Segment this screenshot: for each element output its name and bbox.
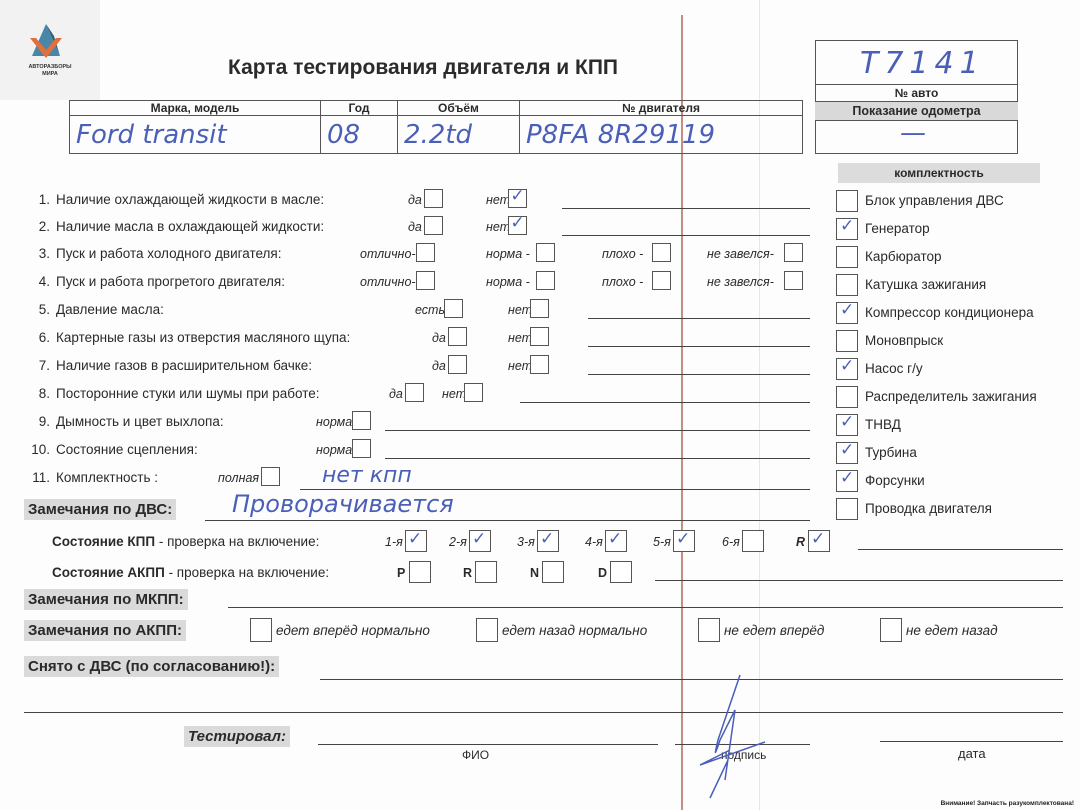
- option-label: да: [432, 359, 446, 373]
- completeness-header: комплектность: [838, 163, 1040, 183]
- completeness-checkbox[interactable]: ✓: [836, 414, 858, 436]
- check-note-line: [588, 318, 810, 319]
- completeness-item: Форсунки: [865, 473, 925, 488]
- gear-label: 2-я: [449, 535, 467, 549]
- option-label: плохо -: [602, 275, 643, 289]
- option-checkbox[interactable]: [530, 355, 549, 374]
- option-checkbox[interactable]: [448, 327, 467, 346]
- removed-line-2: [24, 712, 1063, 713]
- remarks-akpp-label: Замечания по АКПП:: [24, 620, 186, 641]
- page-title: Карта тестирования двигателя и КПП: [228, 56, 618, 80]
- position-label: D: [598, 566, 607, 580]
- gear-label: 5-я: [653, 535, 671, 549]
- remarks-ice-field[interactable]: Проворачивается: [232, 490, 454, 518]
- auto-number-label: № авто: [815, 84, 1018, 100]
- check-label: Наличие газов в расширительном бачке:: [56, 358, 312, 373]
- check-label: Состояние сцепления:: [56, 442, 198, 457]
- option-checkbox[interactable]: [261, 467, 280, 486]
- option-label: нет: [508, 303, 532, 317]
- check-mark-icon: ✓: [540, 529, 554, 549]
- check-note-line: [562, 235, 810, 236]
- option-checkbox[interactable]: [536, 243, 555, 262]
- completeness-item: Турбина: [865, 445, 917, 460]
- gear-checkbox[interactable]: ✓: [673, 530, 695, 552]
- vehicle-info-table: Марка, модель Год Объём № двигателя Ford…: [69, 100, 803, 154]
- check-number: 1.: [30, 192, 50, 207]
- gear-label: 1-я: [385, 535, 403, 549]
- gear-checkbox[interactable]: [742, 530, 764, 552]
- option-label: полная: [218, 471, 259, 485]
- check-label: Пуск и работа холодного двигателя:: [56, 246, 282, 261]
- completeness-item: Распределитель зажигания: [865, 389, 1037, 404]
- manual-gearbox-line: [858, 549, 1063, 550]
- manual-gearbox-label: Состояние КПП - проверка на включение:: [52, 534, 319, 549]
- option-label: норма -: [486, 275, 530, 289]
- option-label: нет: [486, 193, 510, 207]
- logo: АВТОРАЗБОРЫ МИРА: [0, 0, 100, 100]
- check-row: 7.Наличие газов в расширительном бачке:: [30, 358, 312, 373]
- option-checkbox[interactable]: [652, 243, 671, 262]
- signature-scribble[interactable]: [690, 670, 780, 800]
- volume-field[interactable]: 2.2td: [398, 116, 520, 154]
- gear-label: R: [796, 535, 805, 549]
- check-mark-icon: ✓: [840, 216, 854, 236]
- akpp-option-checkbox[interactable]: [880, 618, 902, 642]
- option-label: да: [408, 220, 422, 234]
- akpp-option-checkbox[interactable]: [698, 618, 720, 642]
- akpp-option-label: не едет вперёд: [724, 623, 824, 638]
- akpp-option-label: едет назад нормально: [502, 623, 647, 638]
- check-number: 4.: [30, 274, 50, 289]
- make-model-field[interactable]: Ford transit: [70, 116, 321, 154]
- check-label: Наличие охлаждающей жидкости в масле:: [56, 192, 324, 207]
- check-row: 4.Пуск и работа прогретого двигателя:: [30, 274, 285, 289]
- tested-name-line: [318, 744, 658, 745]
- check-row: 2.Наличие масла в охлаждающей жидкости:: [30, 219, 324, 234]
- completeness-checkbox[interactable]: ✓: [836, 358, 858, 380]
- option-label: не завелся-: [707, 247, 774, 261]
- check-mark-icon: ✓: [840, 412, 854, 432]
- check-mark-icon: ✓: [811, 529, 825, 549]
- check-label: Дымность и цвет выхлопа:: [56, 414, 224, 429]
- completeness-checkbox[interactable]: [836, 274, 858, 296]
- check-row: 6.Картерные газы из отверстия масляного …: [30, 330, 350, 345]
- option-label: да: [408, 193, 422, 207]
- check-number: 2.: [30, 219, 50, 234]
- check-mark-icon: ✓: [840, 300, 854, 320]
- option-label: плохо -: [602, 247, 643, 261]
- gear-checkbox[interactable]: ✓: [605, 530, 627, 552]
- check-mark-icon: ✓: [676, 529, 690, 549]
- remarks-mkpp-label: Замечания по МКПП:: [24, 589, 188, 610]
- tested-name-caption: ФИО: [462, 748, 489, 762]
- check-number: 5.: [30, 302, 50, 317]
- akpp-option-label: не едет назад: [906, 623, 998, 638]
- check-note-line: [520, 402, 810, 403]
- check-row: 9.Дымность и цвет выхлопа:: [30, 414, 224, 429]
- option-checkbox[interactable]: [464, 383, 483, 402]
- akpp-option-checkbox[interactable]: [250, 618, 272, 642]
- auto-gearbox-line: [655, 580, 1063, 581]
- option-label: норма -: [486, 247, 530, 261]
- check-number: 6.: [30, 330, 50, 345]
- logo-subtext: МИРА: [0, 71, 100, 78]
- completeness-checkbox[interactable]: [836, 330, 858, 352]
- option-checkbox[interactable]: [405, 383, 424, 402]
- check-number: 3.: [30, 246, 50, 261]
- option-checkbox[interactable]: [536, 271, 555, 290]
- option-label: нет: [508, 331, 532, 345]
- gear-checkbox[interactable]: ✓: [537, 530, 559, 552]
- check-row: 1.Наличие охлаждающей жидкости в масле:: [30, 192, 324, 207]
- completeness-item: Блок управления ДВС: [865, 193, 1004, 208]
- remarks-ice-label: Замечания по ДВС:: [24, 499, 176, 520]
- option-label: нет: [442, 387, 466, 401]
- option-label: норма: [316, 415, 352, 429]
- col-header-year: Год: [321, 101, 398, 116]
- logo-text: АВТОРАЗБОРЫ: [0, 64, 100, 71]
- remarks-ice-line: [205, 520, 810, 521]
- position-checkbox[interactable]: [475, 561, 497, 583]
- gear-label: 3-я: [517, 535, 535, 549]
- check-row: 11.Комплектность :: [30, 470, 158, 485]
- completeness-checkbox[interactable]: [836, 386, 858, 408]
- check-mark-icon: ✓: [840, 356, 854, 376]
- gear-checkbox[interactable]: ✓: [405, 530, 427, 552]
- check-row: 10.Состояние сцепления:: [30, 442, 198, 457]
- akpp-option-label: едет вперёд нормально: [276, 623, 430, 638]
- check-number: 8.: [30, 386, 50, 401]
- auto-number-field[interactable]: T7141: [860, 46, 985, 81]
- completeness-checkbox[interactable]: ✓: [836, 218, 858, 240]
- completeness-checkbox[interactable]: ✓: [836, 302, 858, 324]
- check-mark-icon: ✓: [510, 213, 524, 233]
- check-note-line: [588, 346, 810, 347]
- col-header-make-model: Марка, модель: [70, 101, 321, 116]
- completeness-item: Генератор: [865, 221, 930, 236]
- position-checkbox[interactable]: [542, 561, 564, 583]
- completeness-item: Катушка зажигания: [865, 277, 986, 292]
- gear-checkbox[interactable]: ✓: [808, 530, 830, 552]
- removed-label: Снято с ДВС (по согласованию!):: [24, 656, 279, 677]
- check-number: 9.: [30, 414, 50, 429]
- option-checkbox[interactable]: [444, 299, 463, 318]
- option-checkbox[interactable]: [448, 355, 467, 374]
- gear-label: 6-я: [722, 535, 740, 549]
- check-label: Посторонние стуки или шумы при работе:: [56, 386, 320, 401]
- option-checkbox[interactable]: [424, 189, 443, 208]
- akpp-option-checkbox[interactable]: [476, 618, 498, 642]
- odometer-field[interactable]: —: [900, 118, 926, 148]
- option-checkbox[interactable]: [352, 411, 371, 430]
- check-label: Комплектность :: [56, 470, 158, 485]
- check-label: Наличие масла в охлаждающей жидкости:: [56, 219, 324, 234]
- option-label: нет: [486, 220, 510, 234]
- option-checkbox[interactable]: ✓: [508, 189, 527, 208]
- option-label: не завелся-: [707, 275, 774, 289]
- completeness-note[interactable]: нет кпп: [322, 463, 412, 488]
- engine-number-field[interactable]: P8FA 8R29119: [520, 116, 803, 154]
- completeness-checkbox[interactable]: ✓: [836, 470, 858, 492]
- option-label: нет: [508, 359, 532, 373]
- position-checkbox[interactable]: [409, 561, 431, 583]
- year-field[interactable]: 08: [321, 116, 398, 154]
- check-row: 8.Посторонние стуки или шумы при работе:: [30, 386, 320, 401]
- option-label: да: [389, 387, 403, 401]
- check-mark-icon: ✓: [608, 529, 622, 549]
- check-mark-icon: ✓: [840, 468, 854, 488]
- position-label: P: [397, 566, 405, 580]
- option-label: отлично-: [360, 247, 416, 261]
- completeness-item: Карбюратор: [865, 249, 942, 264]
- option-label: есть: [415, 303, 445, 317]
- tested-by-label: Тестировал:: [184, 726, 290, 747]
- completeness-item: Моновпрыск: [865, 333, 943, 348]
- completeness-checkbox[interactable]: [836, 246, 858, 268]
- option-checkbox[interactable]: [416, 271, 435, 290]
- completeness-item: Насос г/у: [865, 361, 923, 376]
- option-checkbox[interactable]: [652, 271, 671, 290]
- option-checkbox[interactable]: [784, 243, 803, 262]
- col-header-engine-number: № двигателя: [520, 101, 803, 116]
- check-mark-icon: ✓: [510, 186, 524, 206]
- completeness-item: Компрессор кондиционера: [865, 305, 1034, 320]
- date-caption: дата: [958, 746, 986, 761]
- mountain-v-logo-icon: [0, 0, 100, 64]
- completeness-checkbox[interactable]: [836, 190, 858, 212]
- completeness-checkbox[interactable]: ✓: [836, 442, 858, 464]
- check-number: 7.: [30, 358, 50, 373]
- option-checkbox[interactable]: ✓: [508, 216, 527, 235]
- option-checkbox[interactable]: [784, 271, 803, 290]
- check-label: Картерные газы из отверстия масляного щу…: [56, 330, 350, 345]
- date-line: [880, 741, 1063, 742]
- check-number: 11.: [30, 470, 50, 485]
- option-label: да: [432, 331, 446, 345]
- option-checkbox[interactable]: [352, 439, 371, 458]
- position-label: N: [530, 566, 539, 580]
- gear-checkbox[interactable]: ✓: [469, 530, 491, 552]
- remarks-mkpp-line: [228, 607, 1063, 608]
- check-note-line: [588, 374, 810, 375]
- option-label: норма: [316, 443, 352, 457]
- gear-label: 4-я: [585, 535, 603, 549]
- auto-gearbox-label: Состояние АКПП - проверка на включение:: [52, 565, 329, 580]
- check-row: 3.Пуск и работа холодного двигателя:: [30, 246, 282, 261]
- footer-warning: Внимание! Запчасть разукомплектована!: [941, 800, 1074, 807]
- col-header-volume: Объём: [398, 101, 520, 116]
- check-row: 5.Давление масла:: [30, 302, 164, 317]
- option-checkbox[interactable]: [530, 327, 549, 346]
- check-note-line: [385, 430, 810, 431]
- check-label: Давление масла:: [56, 302, 164, 317]
- check-mark-icon: ✓: [472, 529, 486, 549]
- check-note-line: [562, 208, 810, 209]
- option-checkbox[interactable]: [530, 299, 549, 318]
- check-note-line: [385, 458, 810, 459]
- check-mark-icon: ✓: [840, 440, 854, 460]
- completeness-checkbox[interactable]: [836, 498, 858, 520]
- position-label: R: [463, 566, 472, 580]
- position-checkbox[interactable]: [610, 561, 632, 583]
- option-checkbox[interactable]: [424, 216, 443, 235]
- option-checkbox[interactable]: [416, 243, 435, 262]
- completeness-item: ТНВД: [865, 417, 901, 432]
- option-label: отлично-: [360, 275, 416, 289]
- check-label: Пуск и работа прогретого двигателя:: [56, 274, 285, 289]
- check-mark-icon: ✓: [408, 529, 422, 549]
- check-number: 10.: [30, 442, 50, 457]
- completeness-item: Проводка двигателя: [865, 501, 992, 516]
